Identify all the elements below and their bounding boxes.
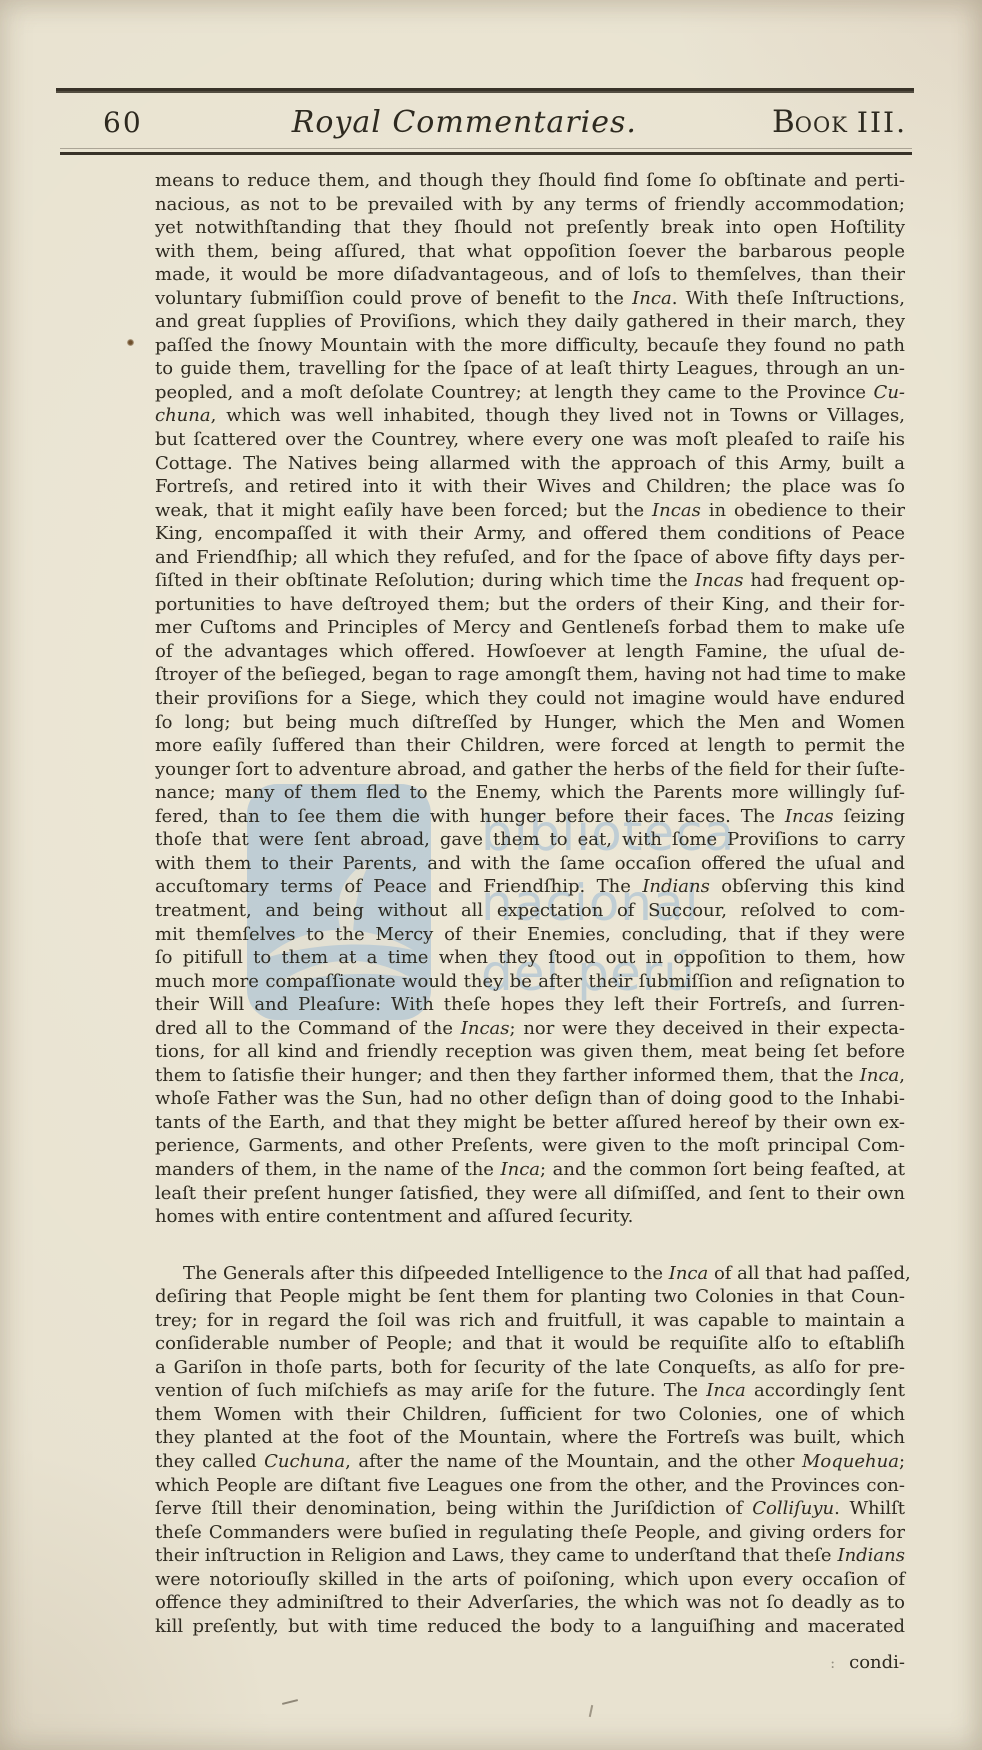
paragraph-2: The Generals after this diſpeeded Intell…	[155, 1262, 905, 1639]
text-line: and great ſupplies of Proviſions, which …	[155, 310, 905, 334]
paragraph-1: means to reduce them, and though they ſh…	[155, 169, 905, 1229]
text-line: they called Cuchuna, after the name of t…	[155, 1450, 905, 1474]
text-line: portunities to have deſtroyed them; but …	[155, 593, 905, 617]
book-word-rest: OOK	[795, 113, 848, 137]
text-line: Cottage. The Natives being allarmed with…	[155, 452, 905, 476]
running-title: Royal Commentaries.	[143, 105, 772, 140]
book-word-initial: B	[772, 104, 795, 140]
text-line: thoſe that were ſent abroad, gave them t…	[155, 828, 905, 852]
text-line: weak, that it might eaſily have been for…	[155, 499, 905, 523]
text-line: which People are diſtant five Leagues on…	[155, 1474, 905, 1498]
top-double-rule	[56, 88, 914, 93]
text-line: with them, being aſſured, that what oppo…	[155, 240, 905, 264]
text-line: paſſed the ſnowy Mountain with the more …	[155, 334, 905, 358]
text-line: their proviſions for a Siege, which they…	[155, 687, 905, 711]
text-line: Fortreſs, and retired into it with their…	[155, 475, 905, 499]
page-number: 60	[57, 106, 143, 139]
text-line: homes with entire contentment and aſſure…	[155, 1205, 905, 1229]
text-line: to guide them, travelling for the ſpace …	[155, 357, 905, 381]
text-line: ſo pitifull to them at a time when they …	[155, 946, 905, 970]
text-line: more eaſily ſuffered than their Children…	[155, 734, 905, 758]
text-line: trey; for in regard the ſoil was rich an…	[155, 1309, 905, 1333]
text-line: vention of ſuch miſchiefs as may ariſe f…	[155, 1379, 905, 1403]
text-line: kill preſently, but with time reduced th…	[155, 1615, 905, 1639]
text-line: mit themſelves to the Mercy of their Ene…	[155, 923, 905, 947]
text-line: manders of them, in the name of the Inca…	[155, 1158, 905, 1182]
text-line: and Friendſhip; all which they refuſed, …	[155, 546, 905, 570]
text-line: whoſe Father was the Sun, had no other d…	[155, 1087, 905, 1111]
text-line: leaſt their preſent hunger ſatisfied, th…	[155, 1182, 905, 1206]
text-line: conſiderable number of People; and that …	[155, 1332, 905, 1356]
body-text: means to reduce them, and though they ſh…	[155, 169, 905, 1675]
text-line: tants of the Earth, and that they might …	[155, 1111, 905, 1135]
book-numeral: III.	[857, 106, 907, 139]
text-line: deſiring that People might be ſent them …	[155, 1285, 905, 1309]
text-line: younger ſort to adventure abroad, and ga…	[155, 758, 905, 782]
book-label: BOOKIII.	[772, 104, 915, 140]
text-line: with them to their Parents, and with the…	[155, 852, 905, 876]
text-line: perience, Garments, and other Preſents, …	[155, 1134, 905, 1158]
text-line: them to ſatisfie their hunger; and then …	[155, 1064, 905, 1088]
text-line: them Women with their Children, ſufficie…	[155, 1403, 905, 1427]
text-line: ſtroyer of the beſieged, began to rage a…	[155, 663, 905, 687]
ink-speck	[127, 339, 134, 346]
text-line: theſe Commanders were buſied in regulati…	[155, 1521, 905, 1545]
text-line: dred all to the Command of the Incas; no…	[155, 1017, 905, 1041]
text-line: fered, than to ſee them die with hunger …	[155, 805, 905, 829]
text-line: but ſcattered over the Countrey, where e…	[155, 428, 905, 452]
text-line: much more compaſſionate would they be af…	[155, 970, 905, 994]
header-rule	[60, 148, 912, 155]
text-line: tions, for all kind and friendly recepti…	[155, 1040, 905, 1064]
scan-mark	[589, 1705, 593, 1717]
text-line: their Will and Pleaſure: With theſe hope…	[155, 993, 905, 1017]
text-line: ſerve ſtill their denomination, being wi…	[155, 1497, 905, 1521]
text-line: nance; many of them fled to the Enemy, w…	[155, 781, 905, 805]
text-line: a Gariſon in thoſe parts, both for ſecur…	[155, 1356, 905, 1380]
text-line: treatment, and being without all expecta…	[155, 899, 905, 923]
text-line: The Generals after this diſpeeded Intell…	[155, 1262, 905, 1286]
text-line: King, encompaſſed it with their Army, an…	[155, 522, 905, 546]
catchword: condi-	[849, 1652, 905, 1673]
text-line: ſo long; but being much diſtreſſed by Hu…	[155, 711, 905, 735]
text-line: were notoriouſly skilled in the arts of …	[155, 1568, 905, 1592]
text-line: yet notwithſtanding that they ſhould not…	[155, 216, 905, 240]
text-line: mer Cuſtoms and Principles of Mercy and …	[155, 616, 905, 640]
text-line: they planted at the foot of the Mountain…	[155, 1426, 905, 1450]
text-line: offence they adminiſtred to their Adverſ…	[155, 1591, 905, 1615]
ink-speck-small: :	[830, 1654, 835, 1672]
text-line: made, it would be more diſadvantageous, …	[155, 263, 905, 287]
text-line: their inſtruction in Religion and Laws, …	[155, 1544, 905, 1568]
book-page: 60 Royal Commentaries. BOOKIII. bibliote…	[0, 0, 982, 1750]
scan-mark	[282, 1699, 298, 1705]
text-line: nacious, as not to be prevailed with by …	[155, 193, 905, 217]
text-line: voluntary ſubmiſſion could prove of bene…	[155, 287, 905, 311]
text-line: chuna, which was well inhabited, though …	[155, 404, 905, 428]
catchword-row: :condi-	[155, 1651, 905, 1675]
text-line: of the advantages which offered. Howſoev…	[155, 640, 905, 664]
text-line: ſiſted in their obſtinate Reſolution; du…	[155, 569, 905, 593]
page-header: 60 Royal Commentaries. BOOKIII.	[57, 104, 915, 148]
text-line: peopled, and a moſt deſolate Countrey; a…	[155, 381, 905, 405]
text-line: accuſtomary terms of Peace and Friendſhi…	[155, 875, 905, 899]
text-line: means to reduce them, and though they ſh…	[155, 169, 905, 193]
